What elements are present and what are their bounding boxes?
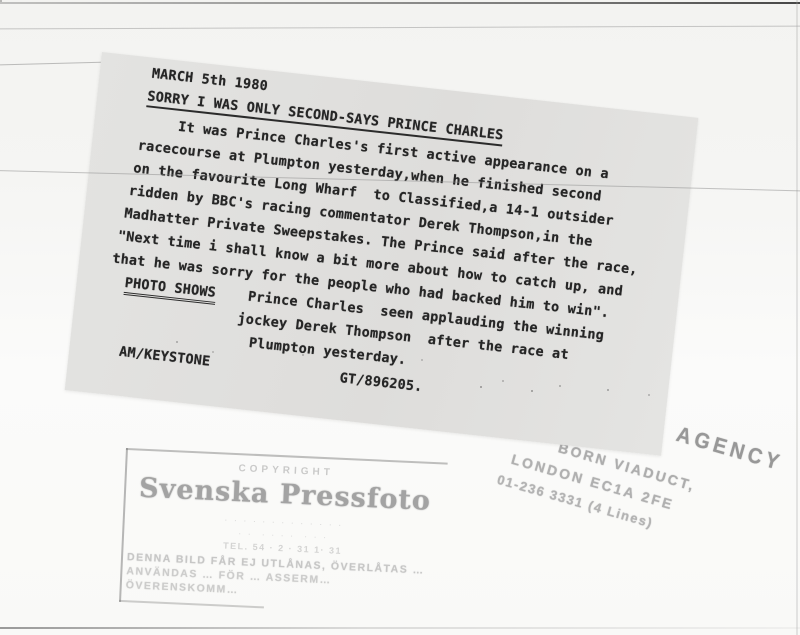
photo-shows-label: PHOTO SHOWS — [123, 275, 216, 305]
dust-specks — [0, 0, 2, 2]
photo-bottom-edge — [0, 627, 800, 629]
reference-number: GT/896205. — [339, 370, 424, 395]
caption-slip: MARCH 5th 1980 SORRY I WAS ONLY SECOND-S… — [65, 52, 699, 456]
copyright-stamp: COPYRIGHT Svenska Pressfoto · · · · · · … — [119, 448, 448, 616]
photo-right-edge — [796, 0, 798, 635]
copyright-stamp-terms-3: ÖVERENSKOMM… — [126, 579, 240, 596]
photo-back-scan: AGENCY BORN VIADUCT, LONDON EC1A 2FE 01-… — [0, 0, 800, 635]
scratch-line-left — [0, 62, 106, 66]
agency-stamp-line-agency: AGENCY — [673, 423, 785, 477]
scratch-line-top — [0, 26, 800, 30]
photo-top-edge — [0, 2, 800, 4]
stamp-border-bottom — [119, 600, 264, 609]
agency-credit: AM/KEYSTONE — [118, 344, 211, 370]
